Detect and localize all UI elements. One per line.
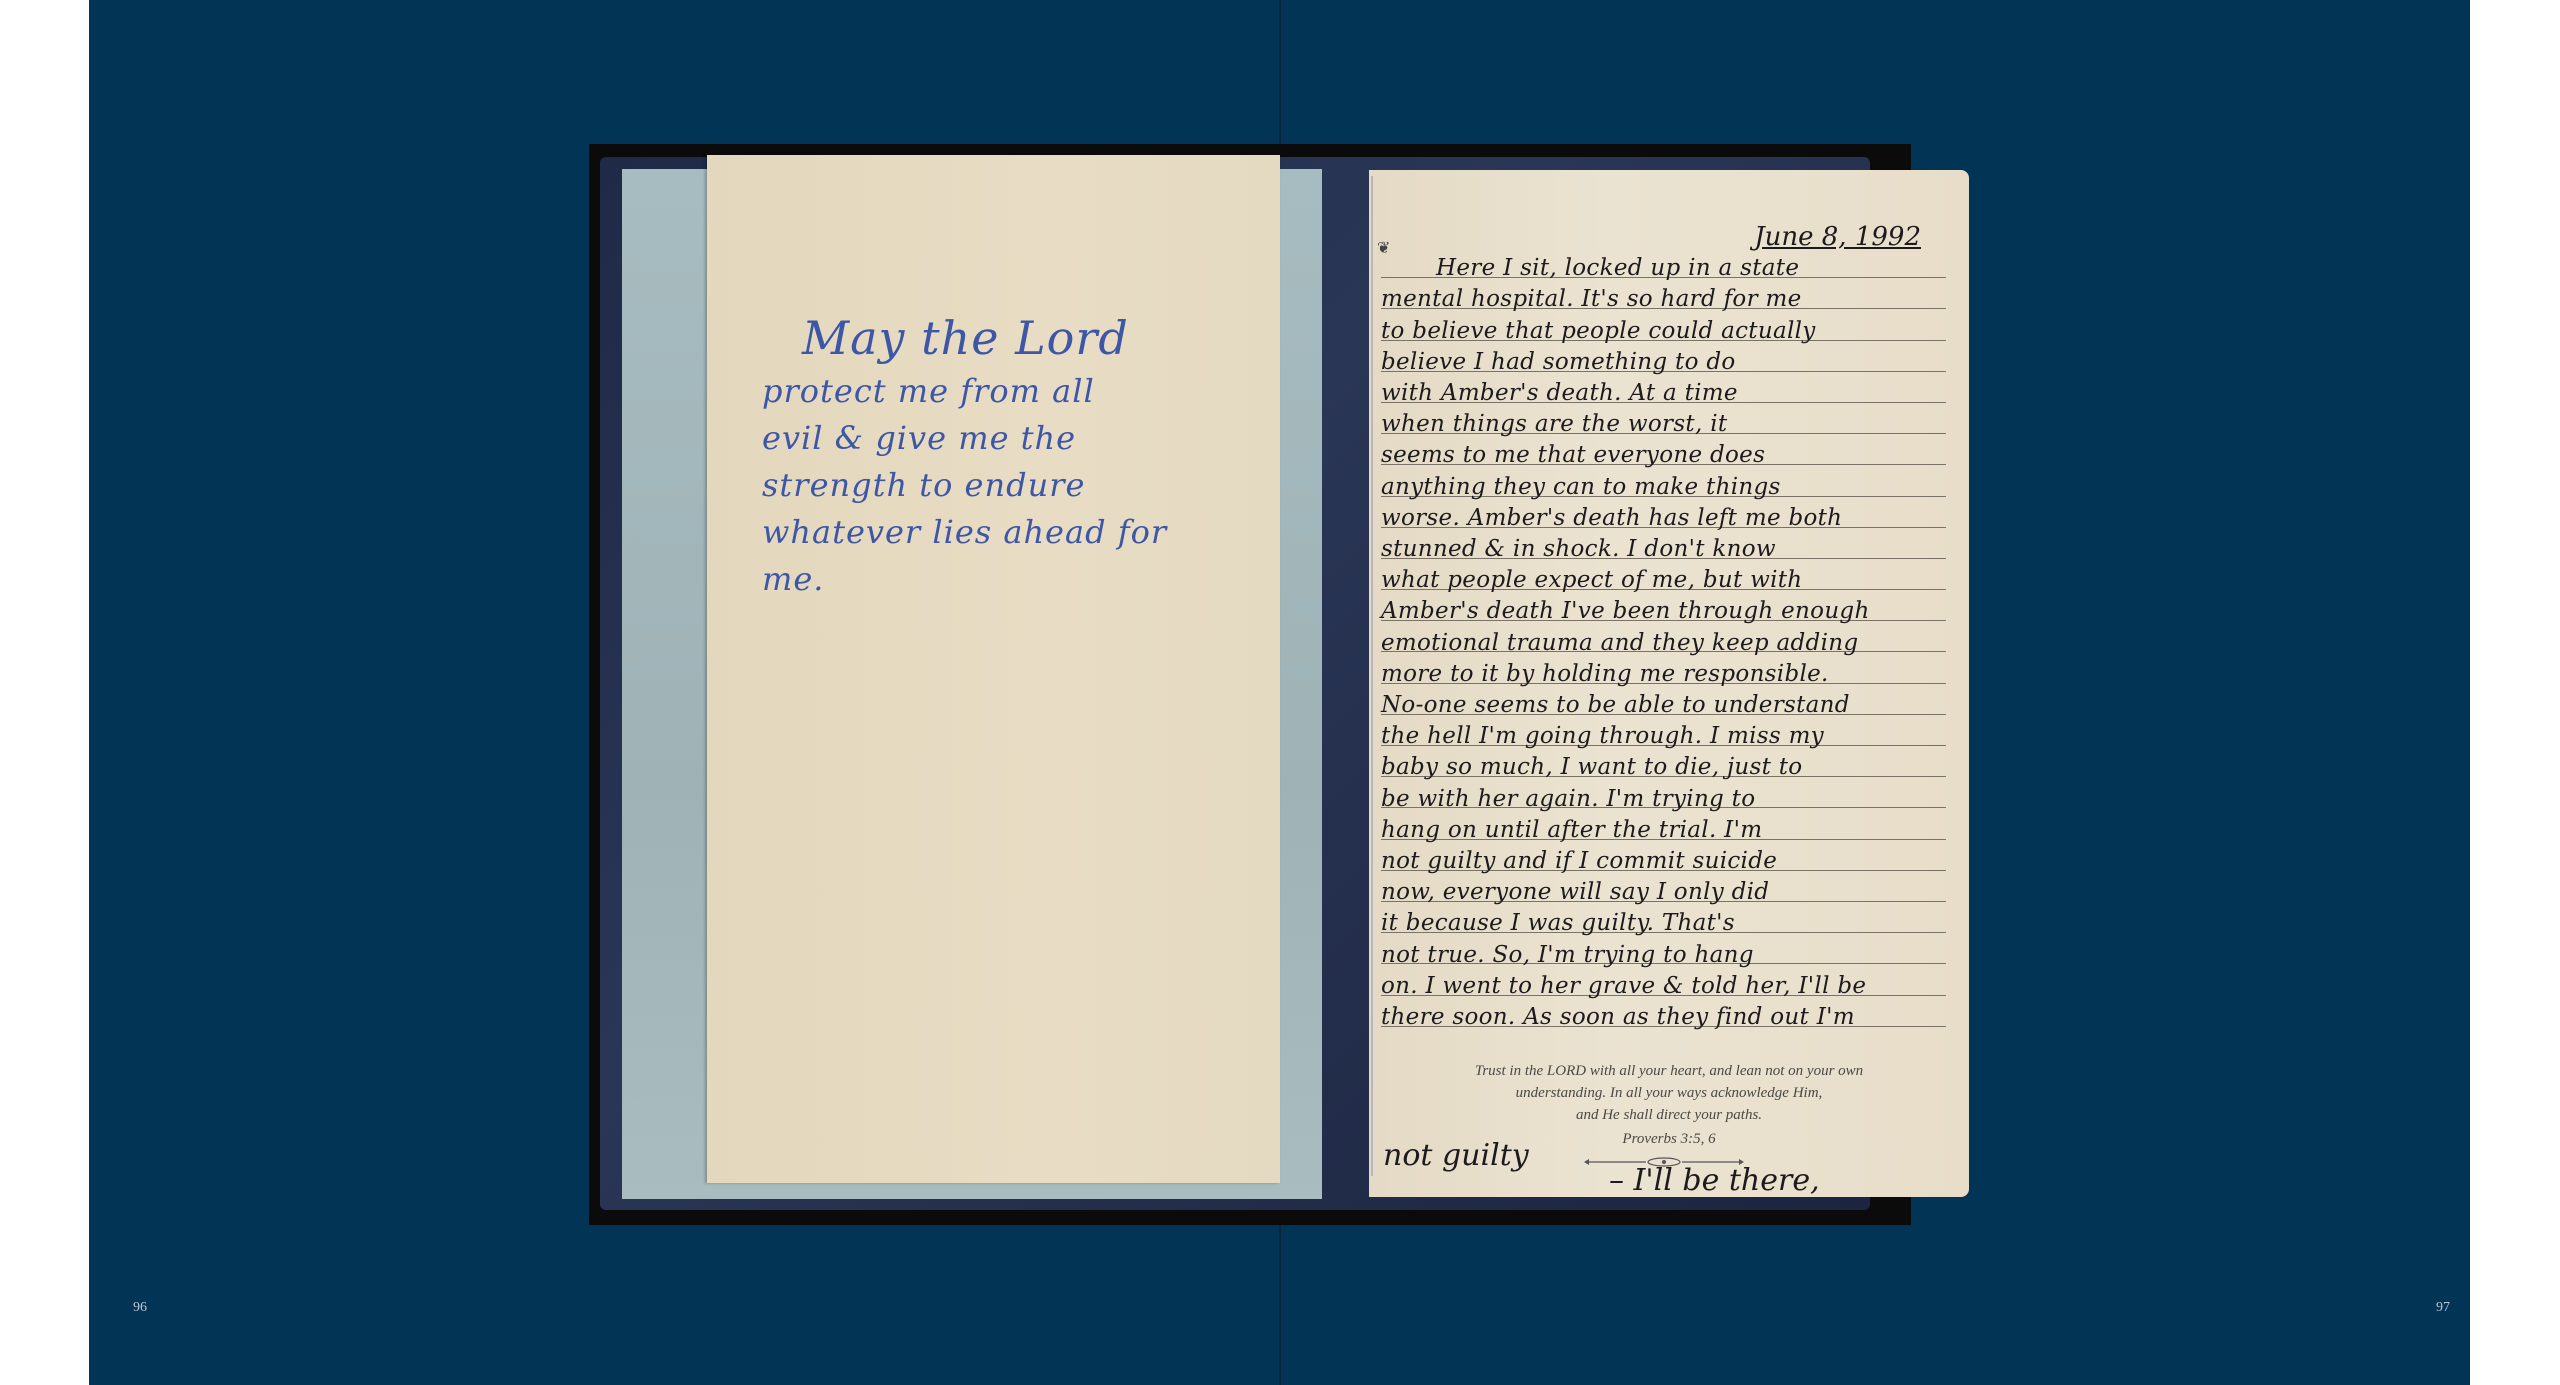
postscript-not-guilty: not guilty bbox=[1383, 1138, 1529, 1173]
entry-line: No-one seems to be able to understand bbox=[1381, 690, 1951, 721]
entry-line: it because I was guilty. That's bbox=[1381, 908, 1951, 939]
verse-line: and He shall direct your paths. bbox=[1369, 1104, 1969, 1126]
entry-line: emotional trauma and they keep adding bbox=[1381, 628, 1951, 659]
entry-line: mental hospital. It's so hard for me bbox=[1381, 284, 1951, 315]
entry-line: when things are the worst, it bbox=[1381, 409, 1951, 440]
entry-line: not true. So, I'm trying to hang bbox=[1381, 940, 1951, 971]
entry-line: with Amber's death. At a time bbox=[1381, 378, 1951, 409]
entry-line: now, everyone will say I only did bbox=[1381, 877, 1951, 908]
journal-left-page: May the Lord protect me from all evil & … bbox=[707, 155, 1280, 1183]
prayer-line: May the Lord bbox=[802, 315, 1272, 362]
book-spread: May the Lord protect me from all evil & … bbox=[89, 0, 2470, 1385]
prayer-line: evil & give me the bbox=[762, 415, 1272, 462]
postscript-ill-be-there: – I'll be there, bbox=[1609, 1163, 1820, 1198]
entry-line: believe I had something to do bbox=[1381, 347, 1951, 378]
entry-line: not guilty and if I commit suicide bbox=[1381, 846, 1951, 877]
entry-line: anything they can to make things bbox=[1381, 472, 1951, 503]
prayer-handwriting: May the Lord protect me from all evil & … bbox=[762, 315, 1272, 603]
journal-right-page: ❦ June 8, 1992 Here I sit, locked up in … bbox=[1369, 170, 1969, 1197]
page-number-left: 96 bbox=[133, 1300, 147, 1316]
page-number-right: 97 bbox=[2436, 1300, 2450, 1316]
entry-line: more to it by holding me responsible. bbox=[1381, 659, 1951, 690]
journal-entry: June 8, 1992 Here I sit, locked up in a … bbox=[1381, 222, 1951, 1033]
journal-photo: May the Lord protect me from all evil & … bbox=[589, 144, 1911, 1225]
entry-line: hang on until after the trial. I'm bbox=[1381, 815, 1951, 846]
verse-line: understanding. In all your ways acknowle… bbox=[1369, 1082, 1969, 1104]
entry-line: baby so much, I want to die, just to bbox=[1381, 752, 1951, 783]
printed-bible-verse: Trust in the LORD with all your heart, a… bbox=[1369, 1060, 1969, 1150]
entry-line: seems to me that everyone does bbox=[1381, 440, 1951, 471]
verse-line: Trust in the LORD with all your heart, a… bbox=[1369, 1060, 1969, 1082]
entry-line: the hell I'm going through. I miss my bbox=[1381, 721, 1951, 752]
entry-line: Amber's death I've been through enough bbox=[1381, 596, 1951, 627]
prayer-line: whatever lies ahead for bbox=[762, 509, 1272, 556]
entry-line: Here I sit, locked up in a state bbox=[1381, 253, 1951, 284]
entry-date: June 8, 1992 bbox=[1381, 222, 1951, 253]
prayer-line: me. bbox=[762, 556, 1272, 603]
entry-line: to believe that people could actually bbox=[1381, 316, 1951, 347]
entry-line: stunned & in shock. I don't know bbox=[1381, 534, 1951, 565]
prayer-line: protect me from all bbox=[762, 368, 1272, 415]
entry-line: worse. Amber's death has left me both bbox=[1381, 503, 1951, 534]
entry-line: be with her again. I'm trying to bbox=[1381, 784, 1951, 815]
entry-line: there soon. As soon as they find out I'm bbox=[1381, 1002, 1951, 1033]
entry-line: what people expect of me, but with bbox=[1381, 565, 1951, 596]
prayer-line: strength to endure bbox=[762, 462, 1272, 509]
entry-line: on. I went to her grave & told her, I'll… bbox=[1381, 971, 1951, 1002]
